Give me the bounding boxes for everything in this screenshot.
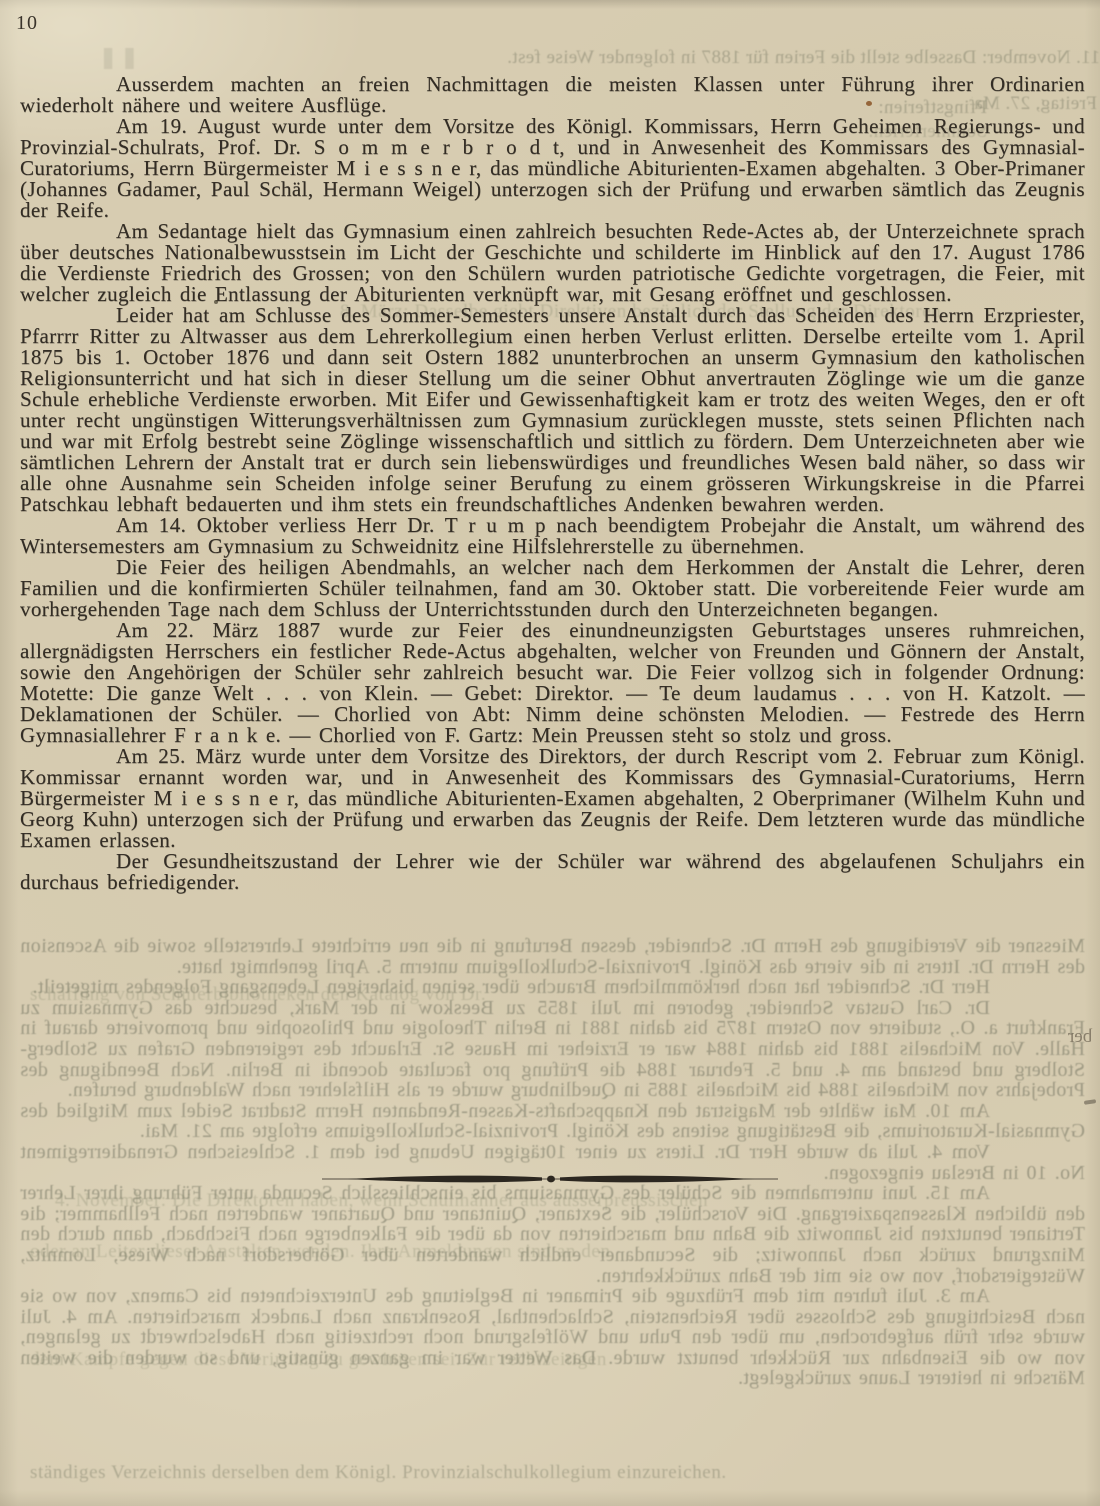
scanned-page: 11. November: Dasselbe stellt die Ferien…	[0, 0, 1100, 1506]
ghost-paragraph: Miessner die Vereidigung des Herrn Dr. S…	[20, 936, 1085, 977]
faint-overlay-line: dem Kampfe gegen diese Verirrung zu gewi…	[30, 1349, 890, 1370]
ghost-fragment-numeral: II	[70, 48, 140, 69]
paragraph-ritter-abschied: Leider hat am Schlusse des Sommer-Semest…	[20, 305, 1085, 515]
ghost-fragment-ferien: 11. November: Dasselbe stellt die Ferien…	[410, 47, 1100, 68]
paragraph-gesundheitszustand: Der Gesundheitszustand der Lehrer wie de…	[20, 851, 1085, 893]
ghost-paragraph: Am 10. Mai wählte der Magistrat den Knap…	[20, 1101, 1085, 1142]
paragraph-geburtstagsfeier: Am 22. März 1887 wurde zur Feier des ein…	[20, 620, 1085, 746]
ghost-paragraph: Dr. Carl Gustav Schneider, geboren im Ju…	[20, 998, 1085, 1101]
paragraph-sedantag: Am Sedantage hielt das Gymnasium einen z…	[20, 221, 1085, 305]
paragraph-abendmahl: Die Feier des heiligen Abendmahls, an we…	[20, 557, 1085, 620]
ghost-paragraph: Am 3. Juli fuhren mit dem Frühzuge die P…	[20, 1286, 1085, 1389]
faint-overlay-line: 4. November: Die Direktoren haben, wenn …	[55, 1190, 1005, 1211]
paragraph-abitur-august: Am 19. August wurde unter dem Vorsitze d…	[20, 116, 1085, 221]
divider-ornament	[320, 1172, 780, 1186]
paragraph-ausfluege: Ausserdem machten an freien Nachmittagen…	[20, 74, 1085, 116]
page-number: 10	[16, 12, 38, 35]
ghost-fragment-edge: ber	[1068, 1026, 1092, 1048]
paragraph-dr-trump: Am 14. Oktober verliess Herr Dr. T r u m…	[20, 515, 1085, 557]
main-text-column: Ausserdem machten an freien Nachmittagen…	[20, 74, 1085, 893]
faint-overlay-line: ständiges Verzeichnis derselben dem Köni…	[30, 1462, 950, 1483]
paper-speck	[866, 101, 872, 106]
paper-speck	[214, 300, 218, 304]
faint-overlay-line: schaffung von Schülerbibliotheken den Ka…	[30, 984, 790, 1005]
paper-smudge	[1084, 1099, 1096, 1105]
faint-overlay-line: oder an Leiter dieser Anstalten wenden. …	[30, 1241, 730, 1262]
paragraph-abitur-maerz: Am 25. März wurde unter dem Vorsitze des…	[20, 746, 1085, 851]
